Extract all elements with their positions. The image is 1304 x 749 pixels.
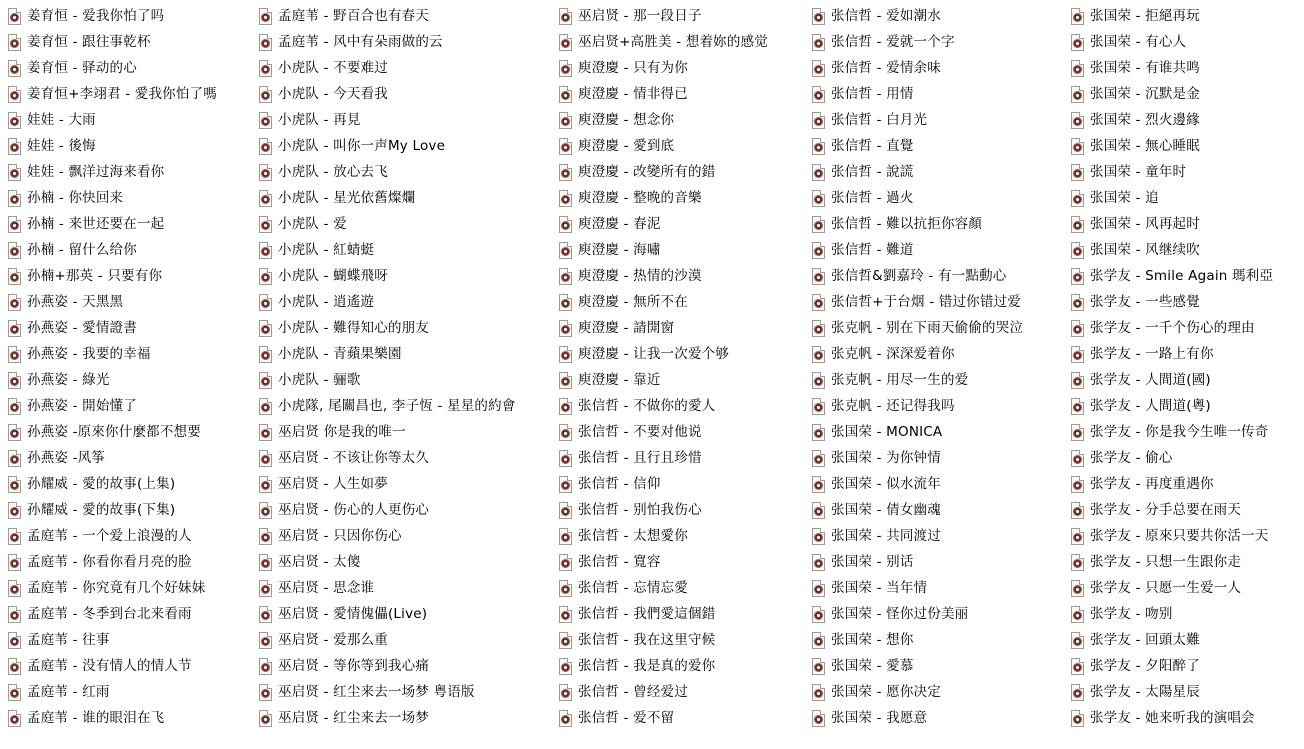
- file-item[interactable]: 张学友 - 她来听我的演唱会: [1071, 705, 1273, 731]
- disc-icon: [814, 429, 823, 438]
- disc-icon: [261, 403, 270, 412]
- file-item[interactable]: 孙燕姿 - 我要的幸福: [8, 341, 217, 367]
- file-item[interactable]: 张信哲 - 寬容: [559, 549, 768, 575]
- file-item[interactable]: 张学友 - 一千个伤心的理由: [1071, 315, 1273, 341]
- file-item[interactable]: 张学友 - 人間道(粵): [1071, 393, 1273, 419]
- audio-file-icon: [1071, 528, 1084, 545]
- disc-icon: [1073, 377, 1082, 386]
- file-item[interactable]: 张国荣 - 怪你过份美丽: [812, 601, 1023, 627]
- file-name: 孙耀威 - 愛的故事(上集): [27, 475, 175, 493]
- file-item[interactable]: 娃娃 - 後悔: [8, 133, 217, 159]
- file-item[interactable]: 张信哲 - 爱情余味: [812, 55, 1023, 81]
- file-item[interactable]: 姜育恒 - 爱我你怕了吗: [8, 3, 217, 29]
- file-item[interactable]: 小虎队 - 星光依舊燦爛: [259, 185, 516, 211]
- disc-icon: [814, 143, 823, 152]
- file-name: 张学友 - 回頭太難: [1090, 631, 1200, 649]
- file-item[interactable]: 张学友 - Smile Again 瑪利亞: [1071, 263, 1273, 289]
- file-name: 巫启贤 - 人生如夢: [278, 475, 388, 493]
- file-name: 张信哲 - 過火: [831, 189, 914, 207]
- file-item[interactable]: 巫启贤 - 不该让你等太久: [259, 445, 516, 471]
- file-name: 小虎队 - 不要难过: [278, 59, 388, 77]
- file-item[interactable]: 张国荣 - 童年时: [1071, 159, 1273, 185]
- audio-file-icon: [1071, 398, 1084, 415]
- file-item[interactable]: 娃娃 - 飘洋过海来看你: [8, 159, 217, 185]
- file-name: 小虎队 - 爱: [278, 215, 347, 233]
- file-item[interactable]: 孟庭苇 - 红雨: [8, 679, 217, 705]
- audio-file-icon: [559, 60, 572, 77]
- file-item[interactable]: 张信哲 - 我們愛這個錯: [559, 601, 768, 627]
- file-item[interactable]: 张国荣 - 我愿意: [812, 705, 1023, 731]
- disc-icon: [561, 689, 570, 698]
- file-item[interactable]: 张克帆 - 别在下雨天偷偷的哭泣: [812, 315, 1023, 341]
- file-item[interactable]: 张国荣 - 有心人: [1071, 29, 1273, 55]
- disc-icon: [261, 663, 270, 672]
- file-item[interactable]: 庾澄慶 - 整晚的音樂: [559, 185, 768, 211]
- file-item[interactable]: 巫启贤 - 那一段日子: [559, 3, 768, 29]
- audio-file-icon: [1071, 424, 1084, 441]
- audio-file-icon: [559, 658, 572, 675]
- file-item[interactable]: 小虎队 - 放心去飞: [259, 159, 516, 185]
- file-name: 张信哲 - 爱就一个字: [831, 33, 955, 51]
- file-name: 张学友 - 偷心: [1090, 449, 1173, 467]
- audio-file-icon: [812, 398, 825, 415]
- disc-icon: [261, 39, 270, 48]
- file-item[interactable]: 巫启贤 - 愛情傀儡(Live): [259, 601, 516, 627]
- file-item[interactable]: 庾澄慶 - 让我一次爱个够: [559, 341, 768, 367]
- file-item[interactable]: 孙燕姿 - 開始懂了: [8, 393, 217, 419]
- file-name: 张国荣 - 愿你决定: [831, 683, 941, 701]
- file-item[interactable]: 张克帆 - 还记得我吗: [812, 393, 1023, 419]
- file-item[interactable]: 张国荣 - 风继续吹: [1071, 237, 1273, 263]
- audio-file-icon: [8, 294, 21, 311]
- file-name: 孙楠 - 留什么给你: [27, 241, 137, 259]
- file-item[interactable]: 张学友 - 一路上有你: [1071, 341, 1273, 367]
- audio-file-icon: [559, 476, 572, 493]
- file-name: 庾澄慶 - 让我一次爱个够: [578, 345, 729, 363]
- file-item[interactable]: 张学友 - 一些感覺: [1071, 289, 1273, 315]
- audio-file-icon: [812, 112, 825, 129]
- audio-file-icon: [1071, 658, 1084, 675]
- file-item[interactable]: 庾澄慶 - 春泥: [559, 211, 768, 237]
- audio-file-icon: [259, 606, 272, 623]
- audio-file-icon: [259, 684, 272, 701]
- disc-icon: [10, 559, 19, 568]
- file-name: 孙耀威 - 愛的故事(下集): [27, 501, 175, 519]
- file-name: 孟庭苇 - 你看你看月亮的脸: [27, 553, 192, 571]
- audio-file-icon: [559, 554, 572, 571]
- file-item[interactable]: 庾澄慶 - 無所不在: [559, 289, 768, 315]
- audio-file-icon: [1071, 632, 1084, 649]
- audio-file-icon: [1071, 502, 1084, 519]
- disc-icon: [1073, 507, 1082, 516]
- audio-file-icon: [8, 34, 21, 51]
- audio-file-icon: [8, 658, 21, 675]
- file-name: 孙燕姿 - 天黑黑: [27, 293, 123, 311]
- disc-icon: [261, 221, 270, 230]
- file-name: 张国荣 - 当年情: [831, 579, 927, 597]
- disc-icon: [1073, 169, 1082, 178]
- file-item[interactable]: 小虎队 - 青蘋果樂園: [259, 341, 516, 367]
- audio-file-icon: [8, 684, 21, 701]
- audio-file-icon: [8, 242, 21, 259]
- file-item[interactable]: 孙燕姿 - 綠光: [8, 367, 217, 393]
- file-item[interactable]: 张信哲 - 我在这里守候: [559, 627, 768, 653]
- file-item[interactable]: 庾澄慶 - 想念你: [559, 107, 768, 133]
- file-item[interactable]: 巫启贤 - 等你等到我心痛: [259, 653, 516, 679]
- file-item[interactable]: 孙楠 - 来世还要在一起: [8, 211, 217, 237]
- file-item[interactable]: 庾澄慶 - 愛到底: [559, 133, 768, 159]
- file-item[interactable]: 张国荣 - 愿你决定: [812, 679, 1023, 705]
- file-item[interactable]: 张信哲&劉嘉玲 - 有一點動心: [812, 263, 1023, 289]
- file-item[interactable]: 孟庭苇 - 你看你看月亮的脸: [8, 549, 217, 575]
- audio-file-icon: [812, 34, 825, 51]
- file-item[interactable]: 张信哲 - 爱如潮水: [812, 3, 1023, 29]
- file-name: 巫启贤 - 太傻: [278, 553, 361, 571]
- file-item[interactable]: 小虎队 - 蝴蝶飛呀: [259, 263, 516, 289]
- file-item[interactable]: 张国荣 - 愛慕: [812, 653, 1023, 679]
- file-item[interactable]: 张学友 - 回頭太難: [1071, 627, 1273, 653]
- audio-file-icon: [559, 684, 572, 701]
- audio-file-icon: [812, 320, 825, 337]
- list-column: 张国荣 - 拒絕再玩张国荣 - 有心人张国荣 - 有谁共鸣张国荣 - 沉默是金张…: [1071, 3, 1273, 731]
- disc-icon: [814, 611, 823, 620]
- file-item[interactable]: 小虎队 - 紅蜻蜓: [259, 237, 516, 263]
- disc-icon: [261, 13, 270, 22]
- disc-icon: [561, 377, 570, 386]
- file-item[interactable]: 小虎队 - 不要难过: [259, 55, 516, 81]
- file-item[interactable]: 庾澄慶 - 热情的沙漠: [559, 263, 768, 289]
- audio-file-icon: [8, 450, 21, 467]
- file-item[interactable]: 巫启贤 - 红尘来去一场梦: [259, 705, 516, 731]
- file-name: 巫启贤 - 思念谁: [278, 579, 374, 597]
- file-item[interactable]: 姜育恒 - 跟往事乾杯: [8, 29, 217, 55]
- disc-icon: [1073, 611, 1082, 620]
- file-item[interactable]: 姜育恒 - 驿动的心: [8, 55, 217, 81]
- disc-icon: [261, 377, 270, 386]
- audio-file-icon: [559, 528, 572, 545]
- file-name: 小虎队 - 今天看我: [278, 85, 388, 103]
- file-item[interactable]: 小虎队 - 骊歌: [259, 367, 516, 393]
- file-item[interactable]: 孟庭苇 - 没有情人的情人节: [8, 653, 217, 679]
- audio-file-icon: [1071, 372, 1084, 389]
- audio-file-icon: [559, 502, 572, 519]
- audio-file-icon: [259, 372, 272, 389]
- file-item[interactable]: 姜育恒+李翊君 - 愛我你怕了嗎: [8, 81, 217, 107]
- audio-file-icon: [812, 294, 825, 311]
- file-name: 张学友 - 分手总要在雨天: [1090, 501, 1241, 519]
- file-item[interactable]: 小虎隊, 尾關昌也, 李子恆 - 星星的約會: [259, 393, 516, 419]
- file-item[interactable]: 孙楠+那英 - 只要有你: [8, 263, 217, 289]
- file-name: 张国荣 - 追: [1090, 189, 1159, 207]
- file-item[interactable]: 张信哲 - 且行且珍惜: [559, 445, 768, 471]
- file-name: 庾澄慶 - 情非得已: [578, 85, 688, 103]
- disc-icon: [10, 273, 19, 282]
- disc-icon: [261, 195, 270, 204]
- file-item[interactable]: 小虎队 - 叫你一声My Love: [259, 133, 516, 159]
- file-item[interactable]: 巫启贤 - 伤心的人更伤心: [259, 497, 516, 523]
- disc-icon: [561, 455, 570, 464]
- file-name: 张国荣 - 风继续吹: [1090, 241, 1200, 259]
- file-item[interactable]: 张信哲 - 難道: [812, 237, 1023, 263]
- file-name: 张国荣 - 为你钟情: [831, 449, 941, 467]
- audio-file-icon: [1071, 476, 1084, 493]
- file-name: 张学友 - 一路上有你: [1090, 345, 1214, 363]
- audio-file-icon: [8, 476, 21, 493]
- audio-file-icon: [812, 658, 825, 675]
- audio-file-icon: [1071, 684, 1084, 701]
- file-item[interactable]: 张信哲 - 我是真的爱你: [559, 653, 768, 679]
- file-name: 张国荣 - 想你: [831, 631, 914, 649]
- disc-icon: [561, 559, 570, 568]
- file-item[interactable]: 小虎队 - 今天看我: [259, 81, 516, 107]
- file-item[interactable]: 张学友 - 原來只要共你活一天: [1071, 523, 1273, 549]
- audio-file-icon: [8, 112, 21, 129]
- file-item[interactable]: 庾澄慶 - 海嘯: [559, 237, 768, 263]
- file-item[interactable]: 张信哲 - 别怕我伤心: [559, 497, 768, 523]
- file-item[interactable]: 张国荣 - 想你: [812, 627, 1023, 653]
- file-item[interactable]: 张信哲 - 直覺: [812, 133, 1023, 159]
- disc-icon: [261, 481, 270, 490]
- disc-icon: [10, 689, 19, 698]
- file-item[interactable]: 张国荣 - 为你钟情: [812, 445, 1023, 471]
- file-item[interactable]: 娃娃 - 大雨: [8, 107, 217, 133]
- audio-file-icon: [259, 164, 272, 181]
- disc-icon: [1073, 429, 1082, 438]
- file-name: 庾澄慶 - 愛到底: [578, 137, 674, 155]
- file-item[interactable]: 孙耀威 - 愛的故事(上集): [8, 471, 217, 497]
- audio-file-icon: [259, 632, 272, 649]
- file-item[interactable]: 孟庭苇 - 一个爱上浪漫的人: [8, 523, 217, 549]
- file-item[interactable]: 小虎队 - 再見: [259, 107, 516, 133]
- file-item[interactable]: 孟庭苇 - 谁的眼泪在飞: [8, 705, 217, 731]
- file-item[interactable]: 张信哲 - 爱不留: [559, 705, 768, 731]
- file-item[interactable]: 张信哲 - 難以抗拒你容顏: [812, 211, 1023, 237]
- audio-file-icon: [812, 502, 825, 519]
- file-item[interactable]: 孙楠 - 留什么给你: [8, 237, 217, 263]
- file-item[interactable]: 张信哲 - 過火: [812, 185, 1023, 211]
- file-item[interactable]: 张国荣 - 似水流年: [812, 471, 1023, 497]
- file-item[interactable]: 小虎队 - 爱: [259, 211, 516, 237]
- audio-file-icon: [1071, 606, 1084, 623]
- file-item[interactable]: 小虎队 - 難得知心的朋友: [259, 315, 516, 341]
- disc-icon: [1073, 117, 1082, 126]
- file-item[interactable]: 孙燕姿 - 天黑黑: [8, 289, 217, 315]
- file-name: 张国荣 - 有心人: [1090, 33, 1186, 51]
- audio-file-icon: [259, 320, 272, 337]
- file-name: 庾澄慶 - 想念你: [578, 111, 674, 129]
- disc-icon: [261, 65, 270, 74]
- file-item[interactable]: 孟庭苇 - 冬季到台北来看雨: [8, 601, 217, 627]
- file-item[interactable]: 孟庭苇 - 你究竟有几个好妹妹: [8, 575, 217, 601]
- disc-icon: [1073, 585, 1082, 594]
- file-item[interactable]: 庾澄慶 - 情非得已: [559, 81, 768, 107]
- file-item[interactable]: 张国荣 - 有谁共鸣: [1071, 55, 1273, 81]
- disc-icon: [1073, 637, 1082, 646]
- file-name: 姜育恒 - 驿动的心: [27, 59, 137, 77]
- file-name: 张克帆 - 深深爱着你: [831, 345, 955, 363]
- file-item[interactable]: 巫启贤 - 只因你伤心: [259, 523, 516, 549]
- disc-icon: [10, 403, 19, 412]
- file-item[interactable]: 张学友 - 夕阳醉了: [1071, 653, 1273, 679]
- file-name: 张信哲 - 且行且珍惜: [578, 449, 702, 467]
- disc-icon: [261, 299, 270, 308]
- file-item[interactable]: 张学友 - 人間道(國): [1071, 367, 1273, 393]
- disc-icon: [561, 325, 570, 334]
- file-name: 张学友 - 再度重遇你: [1090, 475, 1214, 493]
- file-item[interactable]: 孟庭苇 - 往事: [8, 627, 217, 653]
- audio-file-icon: [1071, 86, 1084, 103]
- file-item[interactable]: 张国荣 - 当年情: [812, 575, 1023, 601]
- file-item[interactable]: 张国荣 - 风再起时: [1071, 211, 1273, 237]
- file-name: 张国荣 - 别话: [831, 553, 914, 571]
- file-item[interactable]: 张学友 - 偷心: [1071, 445, 1273, 471]
- file-name: 孙楠 - 来世还要在一起: [27, 215, 164, 233]
- file-name: 张学友 - 人間道(粵): [1090, 397, 1211, 415]
- file-item[interactable]: 张国荣 - 烈火邊緣: [1071, 107, 1273, 133]
- file-item[interactable]: 庾澄慶 - 只有为你: [559, 55, 768, 81]
- file-item[interactable]: 张国荣 - MONICA: [812, 419, 1023, 445]
- file-item[interactable]: 张信哲 - 忘情忘愛: [559, 575, 768, 601]
- disc-icon: [1073, 13, 1082, 22]
- file-item[interactable]: 张信哲 - 爱就一个字: [812, 29, 1023, 55]
- file-item[interactable]: 庾澄慶 - 請開窗: [559, 315, 768, 341]
- file-item[interactable]: 孙耀威 - 愛的故事(下集): [8, 497, 217, 523]
- audio-file-icon: [8, 346, 21, 363]
- file-list-view[interactable]: 姜育恒 - 爱我你怕了吗姜育恒 - 跟往事乾杯姜育恒 - 驿动的心姜育恒+李翊君…: [0, 0, 1304, 749]
- file-item[interactable]: 张国荣 - 沉默是金: [1071, 81, 1273, 107]
- audio-file-icon: [1071, 8, 1084, 25]
- audio-file-icon: [259, 424, 272, 441]
- file-item[interactable]: 张信哲 - 白月光: [812, 107, 1023, 133]
- file-item[interactable]: 张国荣 - 拒絕再玩: [1071, 3, 1273, 29]
- file-name: 张学友 - 一千个伤心的理由: [1090, 319, 1255, 337]
- file-item[interactable]: 巫启贤 - 思念谁: [259, 575, 516, 601]
- file-item[interactable]: 庾澄慶 - 靠近: [559, 367, 768, 393]
- disc-icon: [261, 247, 270, 256]
- disc-icon: [561, 611, 570, 620]
- audio-file-icon: [559, 268, 572, 285]
- file-item[interactable]: 张信哲 - 不要对他说: [559, 419, 768, 445]
- file-name: 小虎队 - 叫你一声My Love: [278, 137, 445, 155]
- audio-file-icon: [1071, 34, 1084, 51]
- disc-icon: [261, 169, 270, 178]
- audio-file-icon: [1071, 580, 1084, 597]
- disc-icon: [1073, 273, 1082, 282]
- file-item[interactable]: 张学友 - 太陽星辰: [1071, 679, 1273, 705]
- file-name: 小虎队 - 蝴蝶飛呀: [278, 267, 388, 285]
- file-item[interactable]: 巫启贤 - 人生如夢: [259, 471, 516, 497]
- file-item[interactable]: 张信哲 - 信仰: [559, 471, 768, 497]
- disc-icon: [261, 611, 270, 620]
- file-item[interactable]: 张国荣 - 共同渡过: [812, 523, 1023, 549]
- file-item[interactable]: 张国荣 - 别话: [812, 549, 1023, 575]
- audio-file-icon: [812, 346, 825, 363]
- file-item[interactable]: 张信哲 - 太想愛你: [559, 523, 768, 549]
- file-item[interactable]: 张国荣 - 倩女幽魂: [812, 497, 1023, 523]
- disc-icon: [814, 455, 823, 464]
- audio-file-icon: [812, 580, 825, 597]
- audio-file-icon: [812, 242, 825, 259]
- disc-icon: [561, 663, 570, 672]
- disc-icon: [561, 351, 570, 360]
- file-name: 孟庭苇 - 野百合也有春天: [278, 7, 429, 25]
- file-item[interactable]: 巫启贤 - 爱那么重: [259, 627, 516, 653]
- file-item[interactable]: 孟庭苇 - 风中有朵雨做的云: [259, 29, 516, 55]
- file-item[interactable]: 孙楠 - 你快回来: [8, 185, 217, 211]
- file-name: 庾澄慶 - 靠近: [578, 371, 661, 389]
- disc-icon: [814, 273, 823, 282]
- audio-file-icon: [812, 60, 825, 77]
- file-item[interactable]: 张信哲 - 曾经爱过: [559, 679, 768, 705]
- file-item[interactable]: 巫启贤 - 红尘来去一场梦 粤语版: [259, 679, 516, 705]
- audio-file-icon: [1071, 346, 1084, 363]
- file-item[interactable]: 孙燕姿 -原來你什麼都不想要: [8, 419, 217, 445]
- file-item[interactable]: 张学友 - 吻别: [1071, 601, 1273, 627]
- audio-file-icon: [259, 710, 272, 727]
- audio-file-icon: [559, 710, 572, 727]
- file-item[interactable]: 张信哲 - 說謊: [812, 159, 1023, 185]
- file-item[interactable]: 张信哲 - 用情: [812, 81, 1023, 107]
- file-name: 庾澄慶 - 無所不在: [578, 293, 688, 311]
- file-item[interactable]: 张克帆 - 深深爱着你: [812, 341, 1023, 367]
- file-name: 张信哲 - 曾经爱过: [578, 683, 688, 701]
- file-name: 庾澄慶 - 整晚的音樂: [578, 189, 702, 207]
- audio-file-icon: [259, 294, 272, 311]
- file-item[interactable]: 张国荣 - 無心睡眠: [1071, 133, 1273, 159]
- file-name: 孙楠 - 你快回来: [27, 189, 123, 207]
- file-name: 张信哲 - 我在这里守候: [578, 631, 715, 649]
- audio-file-icon: [1071, 554, 1084, 571]
- file-name: 张克帆 - 别在下雨天偷偷的哭泣: [831, 319, 1023, 337]
- disc-icon: [10, 325, 19, 334]
- file-item[interactable]: 张信哲 - 不做你的愛人: [559, 393, 768, 419]
- file-name: 孙燕姿 - 綠光: [27, 371, 110, 389]
- file-item[interactable]: 小虎队 - 逍遙遊: [259, 289, 516, 315]
- file-name: 张信哲 - 爱情余味: [831, 59, 941, 77]
- file-item[interactable]: 巫启贤 - 太傻: [259, 549, 516, 575]
- audio-file-icon: [812, 8, 825, 25]
- list-column: 张信哲 - 爱如潮水张信哲 - 爱就一个字张信哲 - 爱情余味张信哲 - 用情张…: [812, 3, 1023, 731]
- file-name: 姜育恒+李翊君 - 愛我你怕了嗎: [27, 85, 217, 103]
- file-name: 张学友 - 她来听我的演唱会: [1090, 709, 1255, 727]
- file-item[interactable]: 张克帆 - 用尽一生的爱: [812, 367, 1023, 393]
- file-name: 张信哲 - 爱如潮水: [831, 7, 941, 25]
- file-item[interactable]: 张国荣 - 追: [1071, 185, 1273, 211]
- audio-file-icon: [559, 190, 572, 207]
- file-item[interactable]: 孟庭苇 - 野百合也有春天: [259, 3, 516, 29]
- file-item[interactable]: 张信哲+于台烟 - 错过你错过爱: [812, 289, 1023, 315]
- file-item[interactable]: 张学友 - 只愿一生爱一人: [1071, 575, 1273, 601]
- disc-icon: [561, 221, 570, 230]
- file-name: 庾澄慶 - 只有为你: [578, 59, 688, 77]
- file-item[interactable]: 张学友 - 只想一生跟你走: [1071, 549, 1273, 575]
- file-name: 张学友 - 太陽星辰: [1090, 683, 1200, 701]
- audio-file-icon: [1071, 112, 1084, 129]
- file-name: 巫启贤+高胜美 - 想着妳的感觉: [578, 33, 768, 51]
- list-column: 姜育恒 - 爱我你怕了吗姜育恒 - 跟往事乾杯姜育恒 - 驿动的心姜育恒+李翊君…: [8, 3, 217, 731]
- disc-icon: [561, 637, 570, 646]
- file-item[interactable]: 张学友 - 再度重遇你: [1071, 471, 1273, 497]
- file-item[interactable]: 巫启贤 你是我的唯一: [259, 419, 516, 445]
- file-item[interactable]: 孙燕姿 - 愛情證書: [8, 315, 217, 341]
- file-item[interactable]: 孙燕姿 -风筝: [8, 445, 217, 471]
- file-item[interactable]: 张学友 - 分手总要在雨天: [1071, 497, 1273, 523]
- file-item[interactable]: 庾澄慶 - 改變所有的錯: [559, 159, 768, 185]
- file-item[interactable]: 张学友 - 你是我今生唯一传奇: [1071, 419, 1273, 445]
- disc-icon: [1073, 39, 1082, 48]
- file-name: 庾澄慶 - 海嘯: [578, 241, 661, 259]
- file-item[interactable]: 巫启贤+高胜美 - 想着妳的感觉: [559, 29, 768, 55]
